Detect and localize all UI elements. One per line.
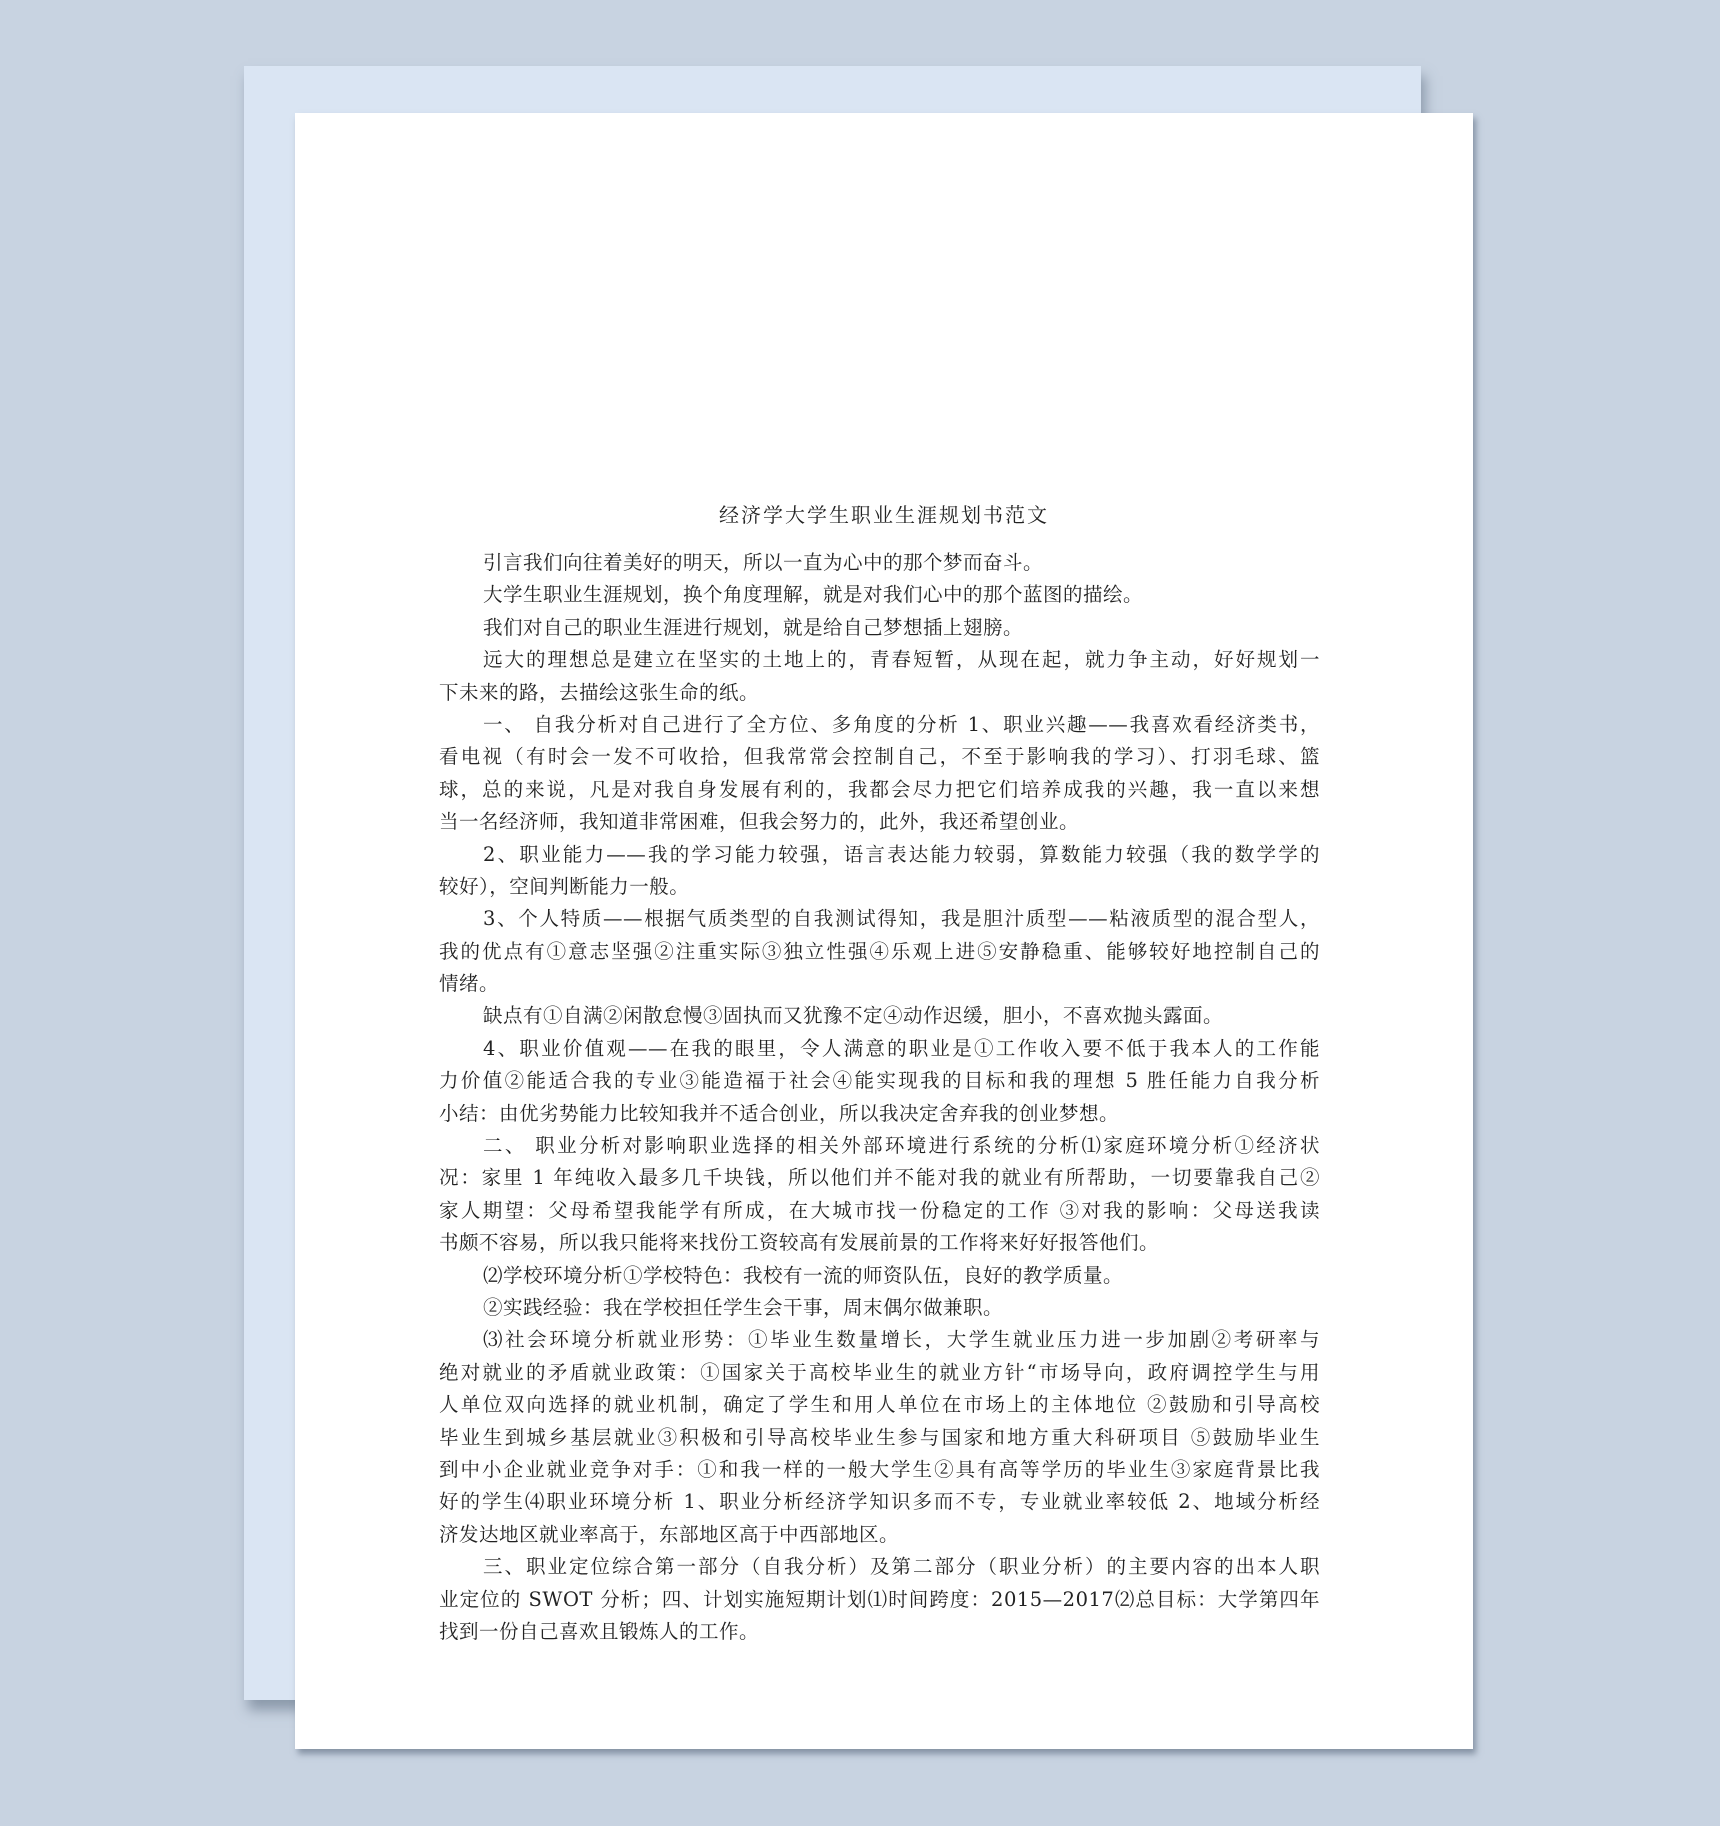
text-line: 3、个人特质——根据气质类型的自我测试得知，我是胆汁质型——粘液质型的混合型人， <box>439 903 1320 935</box>
text-line: 到中小企业就业竞争对手：①和我一样的一般大学生②具有高等学历的毕业生③家庭背景比… <box>439 1454 1320 1486</box>
text-line: 毕业生到城乡基层就业③积极和引导高校毕业生参与国家和地方重大科研项目 ⑤鼓励毕业… <box>439 1422 1320 1454</box>
text-line: 人单位双向选择的就业机制，确定了学生和用人单位在市场上的主体地位 ②鼓励和引导高… <box>439 1389 1320 1421</box>
text-line: 下未来的路，去描绘这张生命的纸。 <box>439 677 1320 709</box>
text-line: 2、职业能力——我的学习能力较强，语言表达能力较弱，算数能力较强（我的数学学的 <box>439 839 1320 871</box>
text-line: 找到一份自己喜欢且锻炼人的工作。 <box>439 1616 1320 1648</box>
text-line: 书颇不容易，所以我只能将来找份工资较高有发展前景的工作将来好好报答他们。 <box>439 1227 1320 1259</box>
text-line: ⑶社会环境分析就业形势：①毕业生数量增长，大学生就业压力进一步加剧②考研率与 <box>439 1324 1320 1356</box>
text-line: 情绪。 <box>439 968 1320 1000</box>
text-line: 引言我们向往着美好的明天，所以一直为心中的那个梦而奋斗。 <box>439 547 1320 579</box>
document-page: 经济学大学生职业生涯规划书范文 引言我们向往着美好的明天，所以一直为心中的那个梦… <box>295 113 1473 1749</box>
text-line: 我们对自己的职业生涯进行规划，就是给自己梦想插上翅膀。 <box>439 612 1320 644</box>
document-body: 引言我们向往着美好的明天，所以一直为心中的那个梦而奋斗。 大学生职业生涯规划，换… <box>439 547 1320 1648</box>
text-line: 4、职业价值观——在我的眼里，令人满意的职业是①工作收入要不低于我本人的工作能 <box>439 1033 1320 1065</box>
text-line: 况：家里 1 年纯收入最多几千块钱，所以他们并不能对我的就业有所帮助，一切要靠我… <box>439 1162 1320 1194</box>
text-line: 力价值②能适合我的专业③能造福于社会④能实现我的目标和我的理想 5 胜任能力自我… <box>439 1065 1320 1097</box>
text-line: 绝对就业的矛盾就业政策：①国家关于高校毕业生的就业方针“市场导向，政府调控学生与… <box>439 1357 1320 1389</box>
document-title: 经济学大学生职业生涯规划书范文 <box>295 499 1473 528</box>
text-line: 当一名经济师，我知道非常困难，但我会努力的，此外，我还希望创业。 <box>439 806 1320 838</box>
text-line: ②实践经验：我在学校担任学生会干事，周末偶尔做兼职。 <box>439 1292 1320 1324</box>
text-line: 济发达地区就业率高于，东部地区高于中西部地区。 <box>439 1519 1320 1551</box>
text-line: 一、 自我分析对自己进行了全方位、多角度的分析 1、职业兴趣——我喜欢看经济类书… <box>439 709 1320 741</box>
text-line: 三、职业定位综合第一部分（自我分析）及第二部分（职业分析）的主要内容的出本人职 <box>439 1551 1320 1583</box>
text-line: 二、 职业分析对影响职业选择的相关外部环境进行系统的分析⑴家庭环境分析①经济状 <box>439 1130 1320 1162</box>
text-line: 小结：由优劣势能力比较知我并不适合创业，所以我决定舍弃我的创业梦想。 <box>439 1098 1320 1130</box>
text-line: 缺点有①自满②闲散怠慢③固执而又犹豫不定④动作迟缓，胆小，不喜欢抛头露面。 <box>439 1000 1320 1032</box>
text-line: 大学生职业生涯规划，换个角度理解，就是对我们心中的那个蓝图的描绘。 <box>439 579 1320 611</box>
text-line: 家人期望：父母希望我能学有所成，在大城市找一份稳定的工作 ③对我的影响：父母送我… <box>439 1195 1320 1227</box>
text-line: ⑵学校环境分析①学校特色：我校有一流的师资队伍，良好的教学质量。 <box>439 1260 1320 1292</box>
text-line: 看电视（有时会一发不可收拾，但我常常会控制自己，不至于影响我的学习）、打羽毛球、… <box>439 741 1320 773</box>
text-line: 业定位的 SWOT 分析；四、计划实施短期计划⑴时间跨度：2015—2017⑵总… <box>439 1584 1320 1616</box>
text-line: 好的学生⑷职业环境分析 1、职业分析经济学知识多而不专，专业就业率较低 2、地域… <box>439 1486 1320 1518</box>
text-line: 较好），空间判断能力一般。 <box>439 871 1320 903</box>
text-line: 球，总的来说，凡是对我自身发展有利的，我都会尽力把它们培养成我的兴趣，我一直以来… <box>439 774 1320 806</box>
text-line: 远大的理想总是建立在坚实的土地上的，青春短暂，从现在起，就力争主动，好好规划一 <box>439 644 1320 676</box>
text-line: 我的优点有①意志坚强②注重实际③独立性强④乐观上进⑤安静稳重、能够较好地控制自己… <box>439 936 1320 968</box>
